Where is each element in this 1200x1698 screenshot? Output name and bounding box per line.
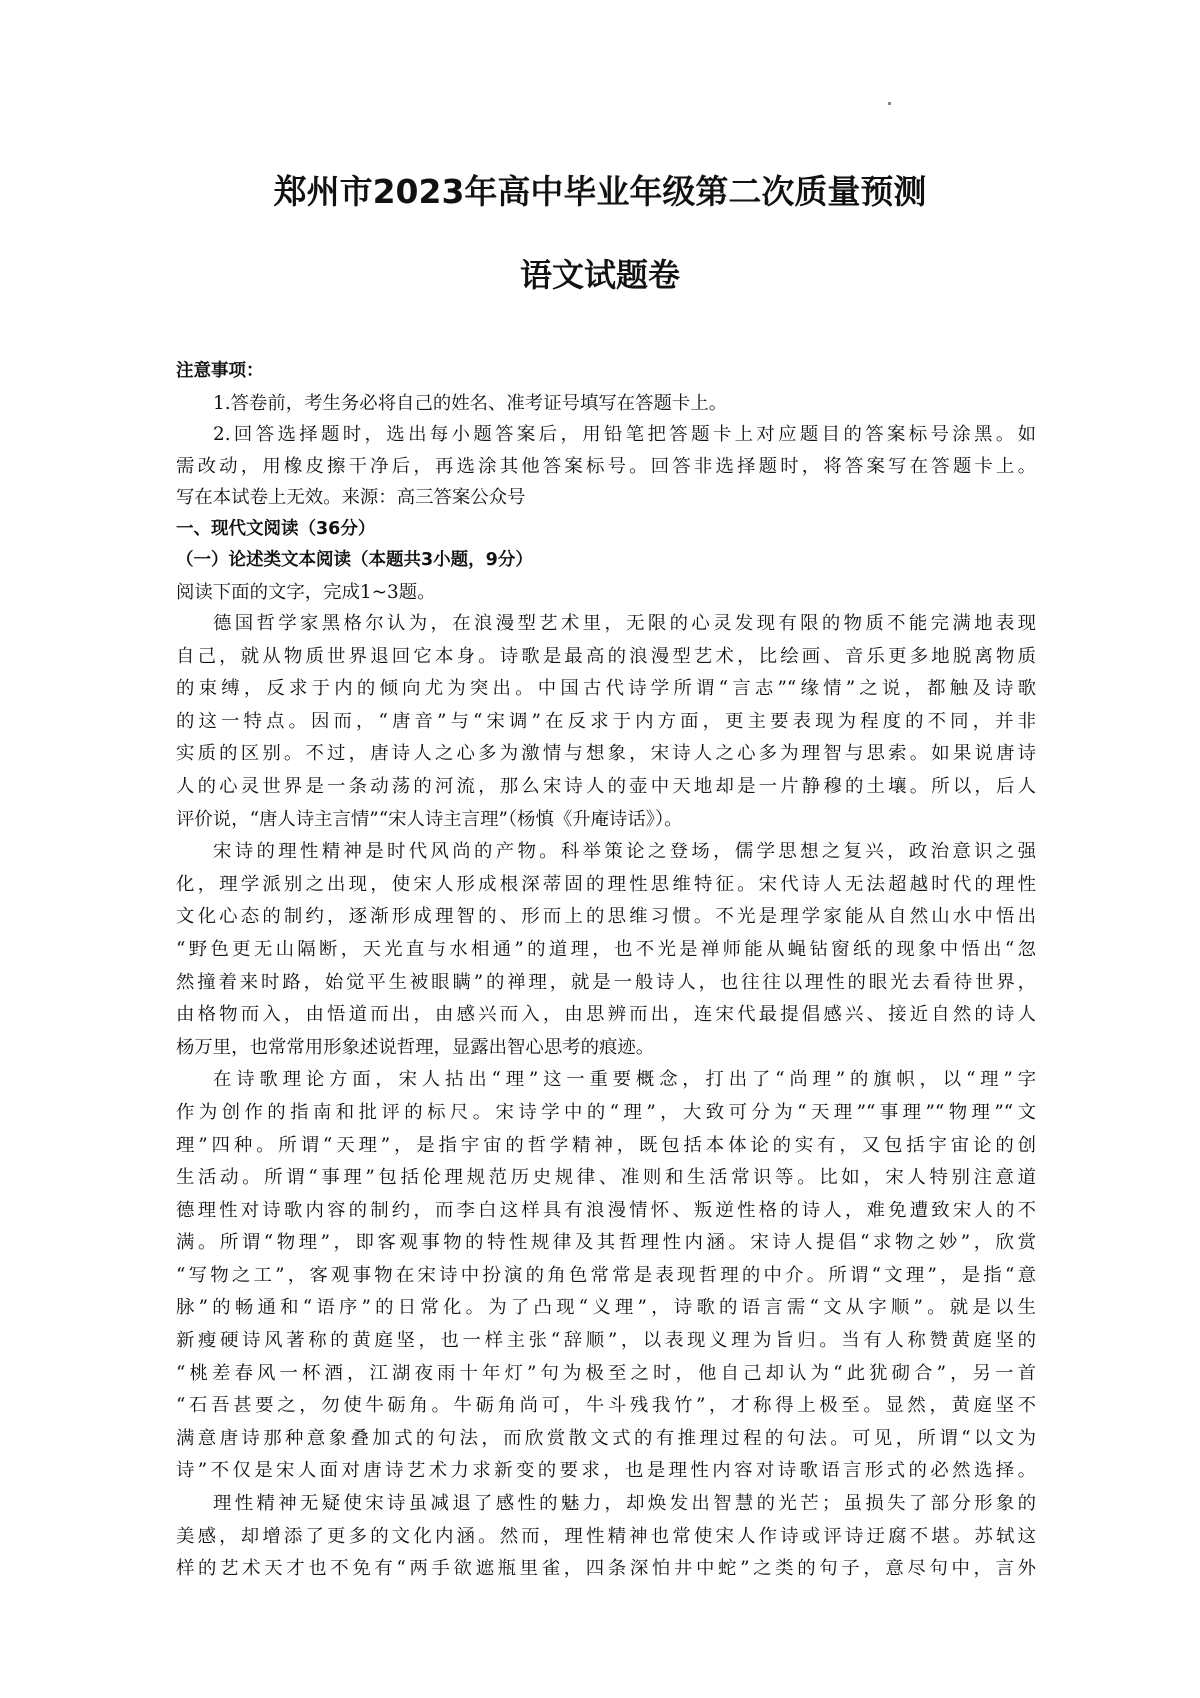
passage-line: “写物之工”，客观事物在宋诗中扮演的角色常常是表现哲理的中介。所谓“文理”，是指… [176,1260,1036,1293]
note-line: 2.回答选择题时，选出每小题答案后，用铅笔把答题卡上对应题目的答案标号涂黑。如 [176,419,1036,451]
passage-line: 样的艺术天才也不免有“两手欲遮瓶里雀，四条深怕井中蛇”之类的句子，意尽句中，言外 [176,1553,1036,1586]
passage-line: 脉”的畅通和“语序”的日常化。为了凸现“义理”，诗歌的语言需“文从字顺”。就是以… [176,1292,1036,1325]
section-heading: 一、现代文阅读（36分） [176,514,1036,546]
passage-line: 德国哲学家黑格尔认为，在浪漫型艺术里，无限的心灵发现有限的物质不能完满地表现 [176,608,1036,641]
scan-dot [888,102,891,105]
passage-line: 的束缚，反求于内的倾向尤为突出。中国古代诗学所谓“言志”“缘情”之说，都触及诗歌 [176,673,1036,706]
passage-line: 美感，却增添了更多的文化内涵。然而，理性精神也常使宋人作诗或评诗迂腐不堪。苏轼这 [176,1521,1036,1554]
note-line: 1.答卷前，考生务必将自己的姓名、准考证号填写在答题卡上。 [176,388,1036,420]
section-subheading: （一）论述类文本阅读（本题共3小题，9分） [176,545,1036,577]
passage-line: 化，理学派别之出现，使宋人形成根深蒂固的理性思维特征。宋代诗人无法超越时代的理性 [176,869,1036,902]
passage-line: 满。所谓“物理”，即客观事物的特性规律及其哲理性内涵。宋诗人提倡“求物之妙”，欣… [176,1227,1036,1260]
passage-line: 自己，就从物质世界退回它本身。诗歌是最高的浪漫型艺术，比绘画、音乐更多地脱离物质 [176,641,1036,674]
paragraph-2: 宋诗的理性精神是时代风尚的产物。科举策论之登场，儒学思想之复兴，政治意识之强 化… [176,836,1036,1064]
passage-line: 满意唐诗那种意象叠加式的句法，而欣赏散文式的有推理过程的句法。可见，所谓“以文为 [176,1423,1036,1456]
notes-section: 注意事项： 1.答卷前，考生务必将自己的姓名、准考证号填写在答题卡上。 2.回答… [176,356,1036,608]
passage-line: 理”四种。所谓“天理”，是指宇宙的哲学精神，既包括本体论的实有，又包括宇宙论的创 [176,1130,1036,1163]
passage-line: 由格物而入，由悟道而出，由感兴而入，由思辨而出，连宋代最提倡感兴、接近自然的诗人 [176,999,1036,1032]
passage-line: 然撞着来时路，始觉平生被眼瞒”的禅理，就是一般诗人，也往往以理性的眼光去看待世界… [176,967,1036,1000]
passage-line: 生活动。所谓“事理”包括伦理规范历史规律、准则和生活常识等。比如，宋人特别注意道 [176,1162,1036,1195]
passage-line: 评价说，“唐人诗主言情”“宋人诗主言理”（杨慎《升庵诗话》）。 [176,804,1036,837]
passage-line: 德理性对诗歌内容的制约，而李白这样具有浪漫情怀、叛逆性格的诗人，难免遭致宋人的不 [176,1195,1036,1228]
passage-line: 杨万里，也常常用形象述说哲理，显露出智心思考的痕迹。 [176,1032,1036,1065]
notes-heading: 注意事项： [176,356,1036,388]
passage-line: 诗”不仅是宋人面对唐诗艺术力求新变的要求，也是理性内容对诗歌语言形式的必然选择。 [176,1455,1036,1488]
passage-line: “石吾甚要之，勿使牛砺角。牛砺角尚可，牛斗残我竹”，才称得上极至。显然，黄庭坚不 [176,1390,1036,1423]
exam-subtitle: 语文试题卷 [0,250,1200,296]
paragraph-1: 德国哲学家黑格尔认为，在浪漫型艺术里，无限的心灵发现有限的物质不能完满地表现 自… [176,608,1036,836]
passage-line: “野色更无山隔断，天光直与水相通”的道理，也不光是禅师能从蝇钻窗纸的现象中悟出“… [176,934,1036,967]
exam-title: 郑州市2023年高中毕业年级第二次质量预测 [0,166,1200,213]
passage-line: 的这一特点。因而，“唐音”与“宋调”在反求于内方面，更主要表现为程度的不同，并非 [176,706,1036,739]
passage: 德国哲学家黑格尔认为，在浪漫型艺术里，无限的心灵发现有限的物质不能完满地表现 自… [176,608,1036,1586]
passage-line: 新瘦硬诗风著称的黄庭坚，也一样主张“辞顺”，以表现义理为旨归。当有人称赞黄庭坚的 [176,1325,1036,1358]
passage-line: 人的心灵世界是一条动荡的河流，那么宋诗人的壶中天地却是一片静穆的土壤。所以，后人 [176,771,1036,804]
note-line: 写在本试卷上无效。来源：高三答案公众号 [176,482,1036,514]
passage-line: 作为创作的指南和批评的标尺。宋诗学中的“理”，大致可分为“天理”“事理”“物理”… [176,1097,1036,1130]
paragraph-3: 在诗歌理论方面，宋人拈出“理”这一重要概念，打出了“尚理”的旗帜，以“理”字 作… [176,1064,1036,1488]
passage-line: 文化心态的制约，逐渐形成理智的、形而上的思维习惯。不光是理学家能从自然山水中悟出 [176,901,1036,934]
reading-instruction: 阅读下面的文字，完成1~3题。 [176,577,1036,609]
note-line: 需改动，用橡皮擦干净后，再选涂其他答案标号。回答非选择题时，将答案写在答题卡上。 [176,451,1036,483]
paragraph-4: 理性精神无疑使宋诗虽减退了感性的魅力，却焕发出智慧的光芒；虽损失了部分形象的 美… [176,1488,1036,1586]
passage-line: 在诗歌理论方面，宋人拈出“理”这一重要概念，打出了“尚理”的旗帜，以“理”字 [176,1064,1036,1097]
passage-line: 宋诗的理性精神是时代风尚的产物。科举策论之登场，儒学思想之复兴，政治意识之强 [176,836,1036,869]
passage-line: 实质的区别。不过，唐诗人之心多为激情与想象，宋诗人之心多为理智与思索。如果说唐诗 [176,738,1036,771]
document-body: 注意事项： 1.答卷前，考生务必将自己的姓名、准考证号填写在答题卡上。 2.回答… [176,356,1036,1586]
passage-line: 理性精神无疑使宋诗虽减退了感性的魅力，却焕发出智慧的光芒；虽损失了部分形象的 [176,1488,1036,1521]
passage-line: “桃差春风一杯酒，江湖夜雨十年灯”句为极至之时，他自己却认为“此犹砌合”，另一首 [176,1358,1036,1391]
